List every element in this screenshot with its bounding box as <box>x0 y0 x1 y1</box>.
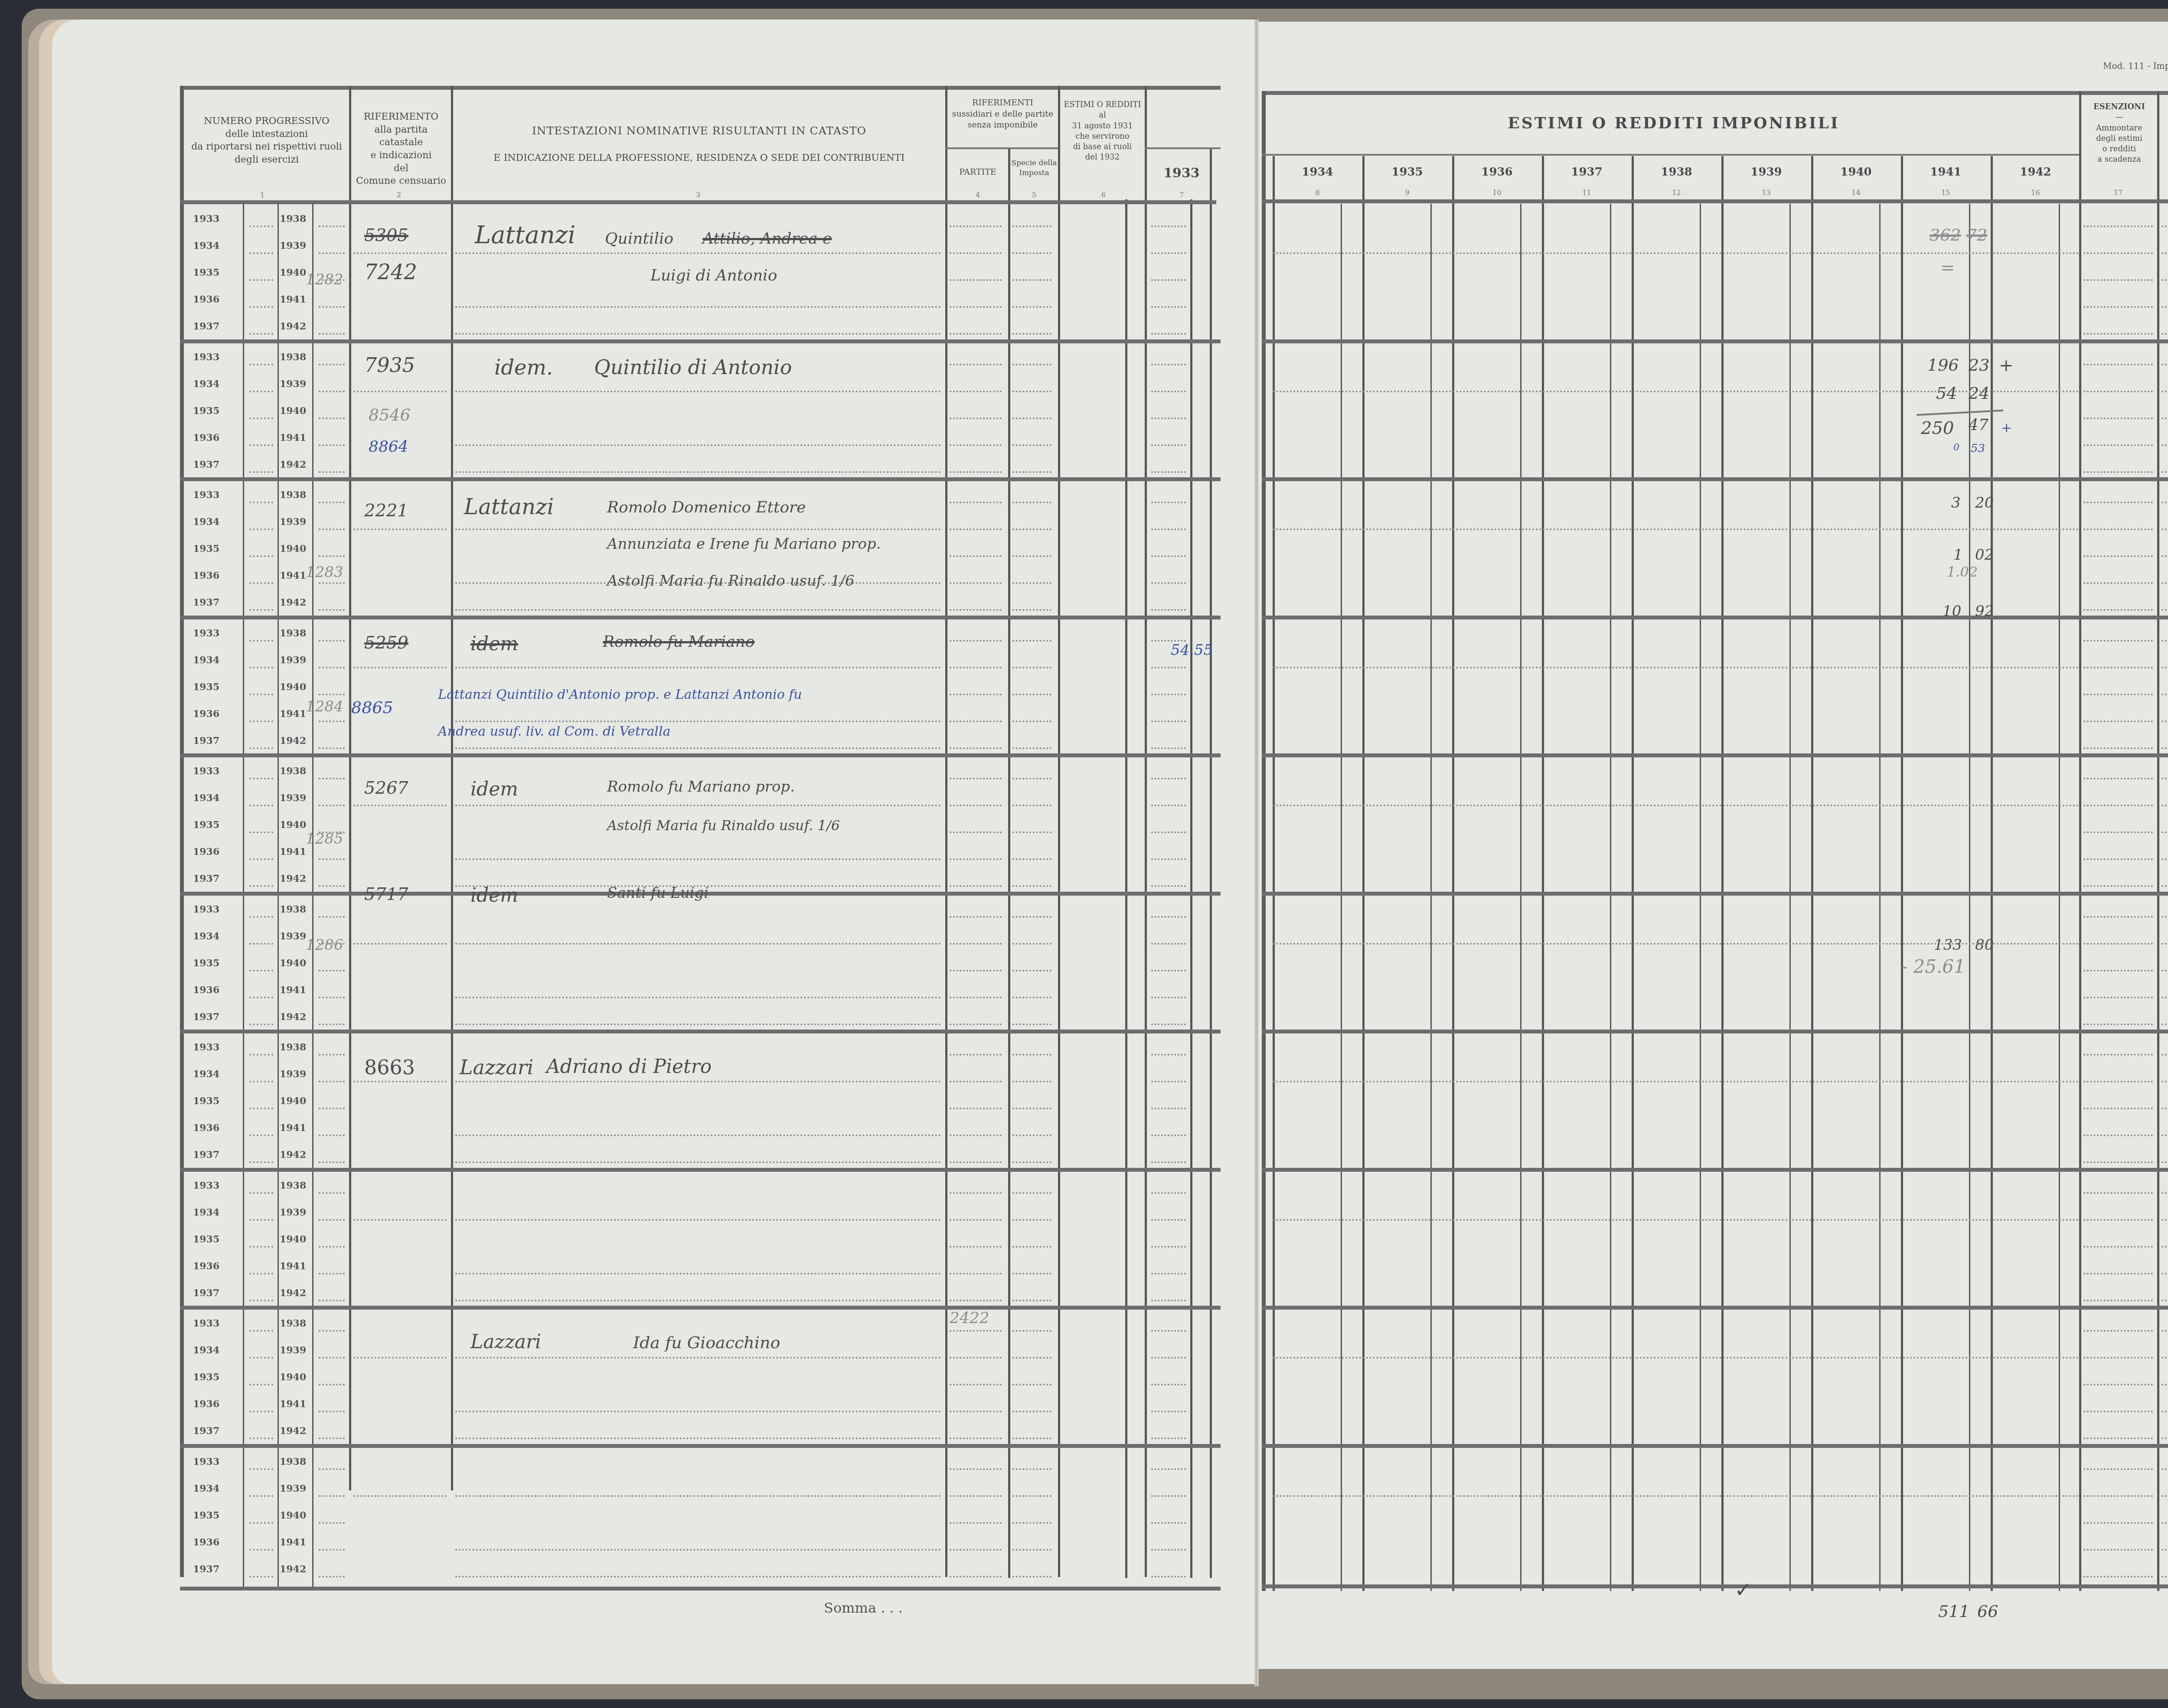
right-frame-left-rule <box>1262 91 1266 1591</box>
equals-mark: = <box>1940 258 1955 278</box>
field-dots <box>1151 1081 1186 1082</box>
field-dots <box>1012 1273 1051 1274</box>
esenzioni-dots <box>2083 333 2153 335</box>
year-dots <box>319 306 345 308</box>
field-dots <box>1012 667 1051 668</box>
esenzioni-dots <box>2083 1411 2153 1412</box>
field-dots <box>950 609 1002 611</box>
col-number: 15 <box>1939 189 1953 197</box>
year-label: 1940 <box>280 819 306 831</box>
annotation-dots <box>2161 1134 2168 1136</box>
field-dots <box>950 1246 1002 1248</box>
year-label: 1938 <box>280 1456 306 1467</box>
header-line: e indicazioni <box>351 149 451 162</box>
value-1941-int: 196 <box>1927 355 1959 375</box>
owner-surname: Lattanzi <box>464 494 554 519</box>
header-year: 1938 <box>1632 165 1721 180</box>
field-dots <box>1012 279 1051 281</box>
field-dots <box>1151 364 1186 365</box>
field-dots <box>1151 502 1186 503</box>
field-dots <box>1151 1108 1186 1109</box>
header-year: 1934 <box>1273 165 1362 180</box>
year-label: 1934 <box>193 792 219 804</box>
field-dots <box>1151 1054 1186 1056</box>
field-dots <box>1012 694 1051 695</box>
field-dots <box>1012 720 1051 722</box>
field-dots <box>1012 1192 1051 1194</box>
esenzioni-dots <box>2083 805 2153 806</box>
year-label: 1936 <box>193 432 219 443</box>
year-dots <box>249 555 273 557</box>
year-label: 1942 <box>280 1425 306 1437</box>
partita-ref: 7935 <box>364 353 415 377</box>
year-dots <box>319 1357 345 1359</box>
field-dots <box>1151 1549 1186 1551</box>
field-dots <box>1012 1357 1051 1359</box>
year-dots <box>319 694 345 695</box>
field-dots <box>1151 916 1186 918</box>
field-dots <box>1012 1023 1051 1025</box>
header-title: RIFERIMENTO <box>351 111 451 124</box>
header-line: a scadenza <box>2081 154 2157 165</box>
annotation-dots <box>2161 1054 2168 1056</box>
owner-surname: idem <box>470 778 518 800</box>
year-label: 1935 <box>193 543 219 554</box>
name-line <box>455 805 941 806</box>
serial-number: 1282 <box>306 271 343 288</box>
year-label: 1941 <box>280 984 306 996</box>
annotation-dots <box>2161 885 2168 887</box>
year-label: 1934 <box>193 1207 219 1218</box>
decimal-divider <box>1341 204 1342 1591</box>
esenzioni-dots <box>2083 609 2153 611</box>
entry-block-rule <box>180 477 1221 481</box>
year-dots <box>319 1330 345 1332</box>
year-label: 1938 <box>280 1180 306 1191</box>
col-number: 14 <box>1850 189 1863 197</box>
esenzioni-dots <box>2083 306 2153 308</box>
check-mark: ✓ <box>1734 1578 1752 1602</box>
year-dots <box>249 1108 273 1109</box>
header-line: — <box>2081 112 2157 123</box>
header-title: ESENZIONI <box>2081 102 2157 112</box>
year-label: 1936 <box>193 1261 219 1272</box>
field-dots <box>1012 1522 1051 1524</box>
year-dots <box>249 391 273 392</box>
field-dots <box>950 640 1002 642</box>
year-dots <box>249 858 273 860</box>
field-dots <box>1151 252 1186 254</box>
year-label: 1942 <box>280 459 306 470</box>
col-divider <box>945 86 947 1577</box>
field-dots <box>1012 582 1051 584</box>
field-dots <box>950 916 1002 918</box>
col-number: 4 <box>971 191 984 199</box>
somma-label: Somma . . . <box>824 1600 903 1616</box>
owner-blue-line-2: Andrea usuf. liv. al Com. di Vetralla <box>438 724 670 739</box>
partita-ref: 8663 <box>364 1056 415 1079</box>
year-dots <box>319 528 345 530</box>
name-line <box>455 1219 941 1221</box>
esenzioni-dots <box>2083 528 2153 530</box>
value-1941-dec-2: 24 <box>1969 384 1989 403</box>
year-dots <box>319 858 345 860</box>
value-1941-dec: 02 <box>1975 546 1994 564</box>
year-label: 1941 <box>280 1261 306 1272</box>
esenzioni-dots <box>2083 1330 2153 1332</box>
year-dots <box>319 364 345 365</box>
field-dots <box>950 444 1002 446</box>
year-dots <box>249 417 273 419</box>
header-line: da riportarsi nei rispettivi ruoli <box>184 140 349 153</box>
field-dots <box>950 1081 1002 1082</box>
year-label: 1937 <box>193 597 219 608</box>
year-label: 1936 <box>193 294 219 305</box>
annotation-dots <box>2161 582 2168 584</box>
year-label: 1939 <box>280 1207 306 1218</box>
year-dots <box>319 417 345 419</box>
year-dots <box>249 1549 273 1551</box>
field-dots <box>950 1468 1002 1470</box>
name-line <box>455 1576 941 1578</box>
decimal-divider <box>1610 204 1611 1591</box>
entry-block-rule <box>1262 892 2168 896</box>
entry-block-rule <box>180 616 1221 619</box>
year-label: 1939 <box>280 378 306 390</box>
entry-block-rule <box>1262 477 2168 481</box>
year-col-divider <box>1901 156 1903 1591</box>
year-label: 1939 <box>280 1069 306 1080</box>
field-dots <box>1151 778 1186 779</box>
year-label: 1940 <box>280 543 306 554</box>
serial-number: 1285 <box>306 830 343 847</box>
year-dots <box>319 640 345 642</box>
name-line <box>455 1023 941 1025</box>
name-line <box>455 1411 941 1412</box>
value-1941-dec: 80 <box>1975 936 1994 954</box>
year-label: 1935 <box>193 819 219 831</box>
year-dots <box>319 1300 345 1301</box>
name-line <box>455 444 941 446</box>
partita-ref-2: 8546 <box>369 405 411 424</box>
field-dots <box>1012 1330 1051 1332</box>
year-label: 1942 <box>280 873 306 884</box>
year-dots <box>249 1468 273 1470</box>
field-dots <box>1151 694 1186 695</box>
esenzioni-dots <box>2083 970 2153 971</box>
year-label: 1939 <box>280 1483 306 1494</box>
annotation-dots <box>2161 1357 2168 1359</box>
header-line: o redditi <box>2081 144 2157 154</box>
field-dots <box>1012 805 1051 806</box>
year-dots <box>249 306 273 308</box>
year-label: 1937 <box>193 735 219 746</box>
col-number: 13 <box>1760 189 1773 197</box>
right-page <box>1257 22 2168 1669</box>
value-1941-int: 10 <box>1943 603 1961 620</box>
owner-surname: Lazzari <box>460 1056 534 1079</box>
partita-ref-new: 8865 <box>351 698 393 717</box>
owner-line-3: Astolfi Maria fu Rinaldo usuf. 1/6 <box>607 572 855 590</box>
esenzioni-dots <box>2083 943 2153 945</box>
field-dots <box>950 502 1002 503</box>
esenzioni-dots <box>2083 667 2153 668</box>
col-number: 1 <box>256 191 269 199</box>
field-dots <box>950 831 1002 833</box>
field-dots <box>1151 1273 1186 1274</box>
year-label: 1939 <box>280 931 306 942</box>
year-label: 1934 <box>193 655 219 666</box>
annotation-dots <box>2161 1246 2168 1248</box>
value-1941-int: 133 <box>1934 936 1962 954</box>
ref-line <box>353 667 447 668</box>
field-dots <box>950 1161 1002 1163</box>
header-year: 1942 <box>1991 165 2080 180</box>
annotation-dots <box>2161 306 2168 308</box>
year-dots <box>319 502 345 503</box>
partita-ref: 5717 <box>364 884 408 904</box>
year-dots <box>319 1273 345 1274</box>
header-sub-rule <box>1145 147 1221 149</box>
name-line <box>455 1273 941 1274</box>
col-divider <box>1058 86 1060 1577</box>
value-1941-dec: 20 <box>1975 494 1994 512</box>
field-dots <box>1151 805 1186 806</box>
header-title: RIFERIMENTI <box>947 98 1058 109</box>
partita-ref-struck: 5305 <box>364 225 408 245</box>
field-dots <box>1151 831 1186 833</box>
year-label: 1939 <box>280 240 306 251</box>
name-line <box>455 609 941 611</box>
year-dots <box>249 1273 273 1274</box>
year-label: 1937 <box>193 873 219 884</box>
field-dots <box>1012 1300 1051 1301</box>
year-dots <box>319 1023 345 1025</box>
year-dots <box>249 1246 273 1248</box>
name-line <box>455 1134 941 1136</box>
field-dots <box>950 667 1002 668</box>
partita-ref-struck: 5259 <box>364 633 408 653</box>
annotation-dots <box>2161 1023 2168 1025</box>
entry-block-rule <box>1262 339 2168 343</box>
right-frame-top-rule <box>1262 91 2168 95</box>
header-line: al <box>1060 110 1145 121</box>
col-divider <box>451 86 453 1490</box>
decimal-divider <box>1879 204 1881 1591</box>
year-label: 1936 <box>193 1398 219 1410</box>
annotation-dots <box>2161 943 2168 945</box>
name-line <box>455 306 941 308</box>
field-dots <box>1151 1522 1186 1524</box>
annotation-dots <box>2161 225 2168 227</box>
annotation-dots <box>2161 694 2168 695</box>
year-label: 1939 <box>280 1345 306 1356</box>
field-dots <box>1012 333 1051 335</box>
header-partite: PARTITE <box>947 167 1008 178</box>
value-dots <box>1273 528 2079 530</box>
year-dots <box>249 364 273 365</box>
annotation-dots <box>2161 1081 2168 1082</box>
col-number: 17 <box>2112 189 2125 197</box>
field-dots <box>1151 279 1186 281</box>
year-dots <box>249 333 273 335</box>
esenzioni-dots <box>2083 1384 2153 1385</box>
year-label: 1940 <box>280 1095 306 1107</box>
year-label: 1940 <box>280 1234 306 1245</box>
frame-top-rule <box>180 86 1221 90</box>
esenzioni-dots <box>2083 391 2153 392</box>
field-dots <box>1151 1219 1186 1221</box>
name-line <box>455 720 941 722</box>
field-dots <box>950 1300 1002 1301</box>
year-label: 1936 <box>193 1537 219 1548</box>
estimi-1931-value: 54.55 <box>1171 642 1213 659</box>
annotation-dots <box>2161 1330 2168 1332</box>
year-col-divider <box>1721 156 1724 1591</box>
field-dots <box>950 1108 1002 1109</box>
right-somma-top-rule <box>1262 1584 2168 1588</box>
year-label: 1937 <box>193 321 219 332</box>
field-dots <box>1151 1134 1186 1136</box>
esenzioni-dots <box>2083 1273 2153 1274</box>
year-label: 1936 <box>193 1122 219 1134</box>
field-dots <box>950 391 1002 392</box>
col-number: 11 <box>1580 189 1593 197</box>
year-label: 1935 <box>193 1234 219 1245</box>
esenzioni-dots <box>2083 417 2153 419</box>
year-label: 1939 <box>280 516 306 528</box>
owner-surname: Lazzari <box>470 1331 541 1353</box>
year-dots <box>319 970 345 971</box>
header-year: 1941 <box>1901 165 1991 180</box>
somma-top-rule <box>180 1587 1221 1591</box>
field-dots <box>1012 858 1051 860</box>
esenzioni-dots <box>2083 747 2153 749</box>
year-dots <box>249 916 273 918</box>
partita-ref: 7242 <box>364 260 417 284</box>
field-dots <box>1012 609 1051 611</box>
year-dots <box>249 667 273 668</box>
year-label: 1933 <box>193 489 219 501</box>
field-dots <box>1151 1330 1186 1332</box>
field-dots <box>1151 1246 1186 1248</box>
field-dots <box>1151 1437 1186 1439</box>
field-dots <box>950 1192 1002 1194</box>
esenzioni-dots <box>2083 1054 2153 1056</box>
year-dots <box>249 885 273 887</box>
owner-given-names: Romolo fu Mariano prop. <box>607 778 795 795</box>
annotation-dots <box>2161 747 2168 749</box>
annotation-dots <box>2161 364 2168 365</box>
year-dots <box>319 391 345 392</box>
year-label: 1941 <box>280 846 306 857</box>
year-dots <box>249 1081 273 1082</box>
owner-surname: idem <box>470 633 518 655</box>
year-dots <box>319 667 345 668</box>
field-dots <box>1151 858 1186 860</box>
frame-left-rule <box>180 86 184 1577</box>
year-label: 1940 <box>280 267 306 278</box>
esenzioni-dots <box>2083 694 2153 695</box>
field-dots <box>950 333 1002 335</box>
col-divider <box>1190 199 1192 1578</box>
annotation-dots <box>2161 778 2168 779</box>
header-line: Comune censuario <box>351 175 451 188</box>
annotation-dots <box>2161 1219 2168 1221</box>
header-line: ESTIMI O REDDITI <box>1060 100 1145 110</box>
year-dots <box>249 1192 273 1194</box>
field-dots <box>950 997 1002 998</box>
field-dots <box>1012 528 1051 530</box>
header-annotazioni: ANNOTAZIONI <box>2159 132 2168 147</box>
owner-surname: idem. <box>494 355 553 380</box>
year-dots <box>319 1522 345 1524</box>
field-dots <box>950 1495 1002 1497</box>
field-dots <box>950 364 1002 365</box>
year-dots <box>249 1357 273 1359</box>
header-line: alla partita catastale <box>351 124 451 149</box>
year-label: 1935 <box>193 1095 219 1107</box>
field-dots <box>1151 1192 1186 1194</box>
year-dots <box>249 252 273 254</box>
year-dots <box>249 640 273 642</box>
year-label: 1935 <box>193 1510 219 1521</box>
annotation-dots <box>2161 831 2168 833</box>
field-dots <box>1151 417 1186 419</box>
field-dots <box>1151 970 1186 971</box>
year-dots <box>249 805 273 806</box>
header-year: 1939 <box>1721 165 1811 180</box>
decimal-divider <box>2059 204 2060 1591</box>
annotation-dots <box>2161 805 2168 806</box>
ref-line <box>353 1081 447 1082</box>
year-label: 1942 <box>280 1011 306 1023</box>
value-1941-pencil: - 25.61 <box>1901 956 1966 977</box>
year-dots <box>319 1437 345 1439</box>
field-dots <box>1012 1576 1051 1578</box>
year-label: 1941 <box>280 570 306 581</box>
year-dots <box>319 444 345 446</box>
year-label: 1933 <box>193 904 219 915</box>
field-dots <box>950 417 1002 419</box>
ref-line <box>353 391 447 392</box>
partita-ref-3: 8864 <box>369 438 408 456</box>
year-label: 1934 <box>193 1345 219 1356</box>
field-dots <box>1151 444 1186 446</box>
year-label: 1940 <box>280 1372 306 1383</box>
field-dots <box>950 1330 1002 1332</box>
field-dots <box>1012 1495 1051 1497</box>
header-estimi-1931: ESTIMI O REDDITI al 31 agosto 1931 che s… <box>1060 100 1145 163</box>
year-dots <box>249 970 273 971</box>
entry-block-rule <box>180 1168 1221 1172</box>
col-number: 8 <box>1311 189 1324 197</box>
field-dots <box>950 1576 1002 1578</box>
esenzioni-dots <box>2083 1437 2153 1439</box>
year-label: 1933 <box>193 352 219 363</box>
year-col-divider <box>1991 156 1993 1591</box>
year-col-divider <box>1811 156 1813 1591</box>
partita-ref: 2221 <box>364 501 408 521</box>
year-label: 1942 <box>280 1564 306 1575</box>
year-dots <box>249 279 273 281</box>
year-label: 1936 <box>193 984 219 996</box>
value-1941-total-dec: 47 <box>1969 416 1988 434</box>
value-1941-dec: 92 <box>1975 603 1994 620</box>
year-label: 1937 <box>193 1564 219 1575</box>
name-line <box>455 1081 941 1082</box>
header-riferimento: RIFERIMENTO alla partita catastale e ind… <box>351 111 451 188</box>
